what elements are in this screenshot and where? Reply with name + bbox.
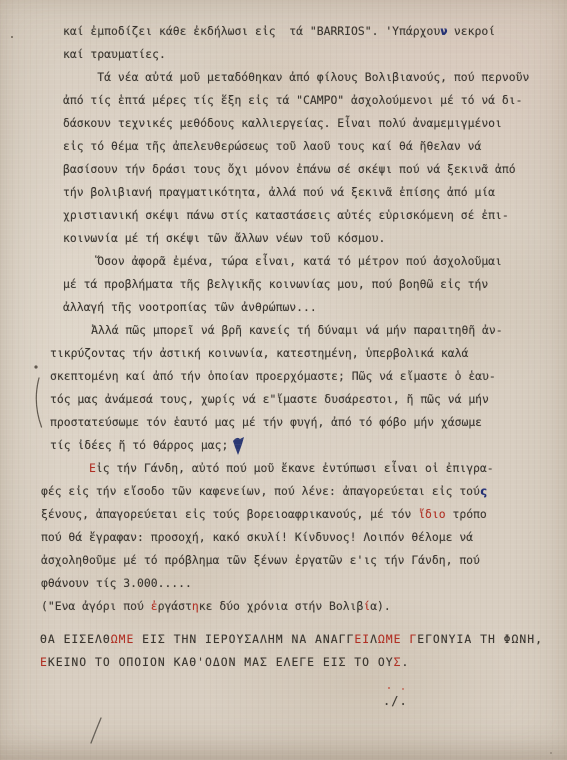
text-segment <box>41 461 89 475</box>
text-line: φές εἰς τήν εἴσοδο τῶν καφενείων, πού λέ… <box>41 480 567 503</box>
text-segment: ξένους, ἀπαγορεύεται εἰς τούς βορειοαφρι… <box>41 507 418 521</box>
text-segment: ἀσχοληθοῦμε μέ τό πρόβλημα τῶν ξένων ἐργ… <box>41 553 480 567</box>
text-segment: . <box>401 655 409 669</box>
text-line: ξένους, ἀπαγορεύεται εἰς τούς βορειοαφρι… <box>41 503 567 526</box>
text-line: προστατεύσωμε τόν ἑαυτό μας μέ τήν φυγή,… <box>50 411 567 434</box>
text-segment: προστατεύσωμε τόν ἑαυτό μας μέ τήν φυγή,… <box>50 415 482 429</box>
text-segment: τήν βολιβιανή πραγματικότητα, ἀλλά πού ν… <box>63 185 495 199</box>
red-ink-segment: η <box>192 599 199 613</box>
paragraph-3: Ὅσον ἀφορᾶ ἐμένα, τώρα εἶναι, κατά τό μέ… <box>63 250 567 319</box>
text-line: καί τραυματίες. <box>63 43 567 66</box>
text-line: κοινωνία μέ τή σκέψι τῶν ἄλλων νέων τοῦ … <box>63 227 567 250</box>
text-segment: ΕΓΟΝΥΙΑ ΤΗ ΦΩΝΗ, <box>417 632 543 646</box>
red-ink-segment: ἴδιο <box>418 507 445 521</box>
text-line: φθάνουν τίς 3.000..... <box>41 572 567 595</box>
text-segment: ΘΑ ΕΙΣΕΛΘ <box>40 632 111 646</box>
text-segment: ἀπό τίς ἑπτά μέρες τίς ἕξη εἰς τά "CAMPO… <box>63 93 522 107</box>
text-line: τός μας ἀνάμεσά τους, χωρίς νά ε"ἴμαστε … <box>50 388 567 411</box>
red-ink-segment: Ε <box>40 655 48 669</box>
text-line: Ἀλλά πῶς μπορεῖ νά βρῆ κανείς τή δύναμι … <box>50 319 567 342</box>
text-segment: δάσκουν τεχνικές μεθόδους καλλιεργείας. … <box>63 116 502 130</box>
text-line: σκεπτομένη καί ἀπό τήν ὁποίαν προερχόμασ… <box>50 365 567 388</box>
text-segment: χριστιανική σκέψι πάνω στίς καταστάσεις … <box>63 208 509 222</box>
closing-caps: ΘΑ ΕΙΣΕΛΘΩΜΕ ΕΙΣ ΤΗΝ ΙΕΡΟΥΣΑΛΗΜ ΝΑ ΑΝΑΓΓ… <box>40 628 567 674</box>
text-line: ἀσχοληθοῦμε μέ τό πρόβλημα τῶν ξένων ἐργ… <box>41 549 567 572</box>
paragraph-5: Εἰς τήν Γάνδη, αὐτό πού μοῦ ἔκανε ἐντύπω… <box>41 457 567 618</box>
text-line: ΕΚΕΙΝΟ ΤΟ ΟΠΟΙΟΝ ΚΑΘ'ΟΔΟΝ ΜΑΣ ΕΛΕΓΕ ΕΙΣ … <box>40 651 567 674</box>
text-segment: α). <box>370 599 391 613</box>
paper-specks <box>11 36 13 38</box>
text-segment: κοινωνία μέ τή σκέψι τῶν ἄλλων νέων τοῦ … <box>63 231 385 245</box>
end-of-page-mark: ./. <box>383 694 408 708</box>
text-line: χριστιανική σκέψι πάνω στίς καταστάσεις … <box>63 204 567 227</box>
text-segment: καί τραυματίες. <box>63 47 166 61</box>
text-line: δάσκουν τεχνικές μεθόδους καλλιεργείας. … <box>63 112 567 135</box>
text-line: τίς ἰδέες ἤ τό θάρρος μας; <box>50 434 567 457</box>
text-segment: ("Ενα ἀγόρι πού <box>41 599 151 613</box>
text-line: πού θά ἔγραφαν: προσοχή, κακό σκυλί! Κίν… <box>41 526 567 549</box>
text-segment: πού θά ἔγραφαν: προσοχή, κακό σκυλί! Κίν… <box>41 530 473 544</box>
text-segment: τρόπο <box>446 507 487 521</box>
text-line: ΘΑ ΕΙΣΕΛΘΩΜΕ ΕΙΣ ΤΗΝ ΙΕΡΟΥΣΑΛΗΜ ΝΑ ΑΝΑΓΓ… <box>40 628 567 651</box>
text-line: μέ τά προβλήματα τῆς βελγικῆς κοινωνίας … <box>63 273 567 296</box>
text-segment: κε δύο χρόνια στήν Βολιβ <box>199 599 364 613</box>
end-mark-dot: . <box>383 694 391 708</box>
text-segment: Λ <box>370 632 378 646</box>
pencil-slash <box>86 716 108 746</box>
paragraph-1: καί ἐμποδίζει κάθε ἐκδήλωσι εἰς τά "BARR… <box>63 20 567 66</box>
red-ink-segment: ΩΜΕ <box>378 632 402 646</box>
blue-ink-segment: ς <box>480 484 487 498</box>
text-segment: τικρύζοντας τήν ἀστική κοινωνία, κατεστη… <box>50 346 468 360</box>
red-ink-segment: ΩΜΕ <box>111 632 135 646</box>
text-line: ἀλλαγή τῆς νοοτροπίας τῶν ἀνθρώπων... <box>63 296 567 319</box>
text-segment: φθάνουν τίς 3.000..... <box>41 576 192 590</box>
text-segment: καί ἐμποδίζει κάθε ἐκδήλωσι εἰς τά "BARR… <box>63 24 440 38</box>
paragraph-4: Ἀλλά πῶς μπορεῖ νά βρῆ κανείς τή δύναμι … <box>50 319 567 457</box>
text-segment: εἰς τό θέμα τῆς ἀπελευθερώσεως τοῦ λαοῦ … <box>63 139 481 153</box>
end-mark-dot: . <box>399 694 407 708</box>
text-segment: τίς ἰδέες ἤ τό θάρρος μας; <box>50 438 228 452</box>
text-segment: φές εἰς τήν εἴσοδο τῶν καφενείων, πού λέ… <box>41 484 480 498</box>
text-line: τικρύζοντας τήν ἀστική κοινωνία, κατεστη… <box>50 342 567 365</box>
text-segment: τός μας ἀνάμεσά τους, χωρίς νά ε"ἴμαστε … <box>50 392 489 406</box>
text-line: εἰς τό θέμα τῆς ἀπελευθερώσεως τοῦ λαοῦ … <box>63 135 567 158</box>
text-segment: σκεπτομένη καί ἀπό τήν ὁποίαν προερχόμασ… <box>50 369 496 383</box>
text-line: Τά νέα αὐτά μοῦ μεταδόθηκαν ἀπό φίλους Β… <box>63 66 567 89</box>
text-line: Εἰς τήν Γάνδη, αὐτό πού μοῦ ἔκανε ἐντύπω… <box>41 457 567 480</box>
text-segment: ργάστ <box>158 599 192 613</box>
text-segment: ἀλλαγή τῆς νοοτροπίας τῶν ἀνθρώπων... <box>63 300 317 314</box>
text-segment: βασίσουν τήν δράσι τους ὄχι μόνον ἐπάνω … <box>63 162 516 176</box>
red-ink-segment: ΕΙ <box>354 632 370 646</box>
text-segment: μέ τά προβλήματα τῆς βελγικῆς κοινωνίας … <box>63 277 488 291</box>
text-line: τήν βολιβιανή πραγματικότητα, ἀλλά πού ν… <box>63 181 567 204</box>
text-line: ἀπό τίς ἑπτά μέρες τίς ἕξη εἰς τά "CAMPO… <box>63 89 567 112</box>
text-line: βασίσουν τήν δράσι τους ὄχι μόνον ἐπάνω … <box>63 158 567 181</box>
text-segment: Ἀλλά πῶς μπορεῖ νά βρῆ κανείς τή δύναμι … <box>50 323 503 337</box>
text-segment: νεκροί <box>447 24 495 38</box>
text-line: καί ἐμποδίζει κάθε ἐκδήλωσι εἰς τά "BARR… <box>63 20 567 43</box>
red-ink-specks <box>388 687 390 689</box>
text-line: ("Ενα ἀγόρι πού ἐργάστηκε δύο χρόνια στή… <box>41 595 567 618</box>
paragraph-2: Τά νέα αὐτά μοῦ μεταδόθηκαν ἀπό φίλους Β… <box>63 66 567 250</box>
text-line: Ὅσον ἀφορᾶ ἐμένα, τώρα εἶναι, κατά τό μέ… <box>63 250 567 273</box>
red-ink-segment: ἐ <box>151 599 158 613</box>
text-segment: ΕΙΣ ΤΗΝ ΙΕΡΟΥΣΑΛΗΜ ΝΑ ΑΝΑΓΓ <box>134 632 354 646</box>
text-segment: ἰς τήν Γάνδη, αὐτό πού μοῦ ἔκανε ἐντύπωσ… <box>96 461 494 475</box>
text-segment: ΚΕΙΝΟ ΤΟ ΟΠΟΙΟΝ ΚΑΘ'ΟΔΟΝ ΜΑΣ ΕΛΕΓΕ ΕΙΣ Τ… <box>48 655 394 669</box>
red-ink-segment: Ε <box>89 461 96 475</box>
document-page: καί ἐμποδίζει κάθε ἐκδήλωσι εἰς τά "BARR… <box>0 0 567 760</box>
text-segment: Τά νέα αὐτά μοῦ μεταδόθηκαν ἀπό φίλους Β… <box>63 70 529 84</box>
text-segment: Ὅσον ἀφορᾶ ἐμένα, τώρα εἶναι, κατά τό μέ… <box>63 254 502 268</box>
typewritten-text: καί ἐμποδίζει κάθε ἐκδήλωσι εἰς τά "BARR… <box>0 20 567 674</box>
